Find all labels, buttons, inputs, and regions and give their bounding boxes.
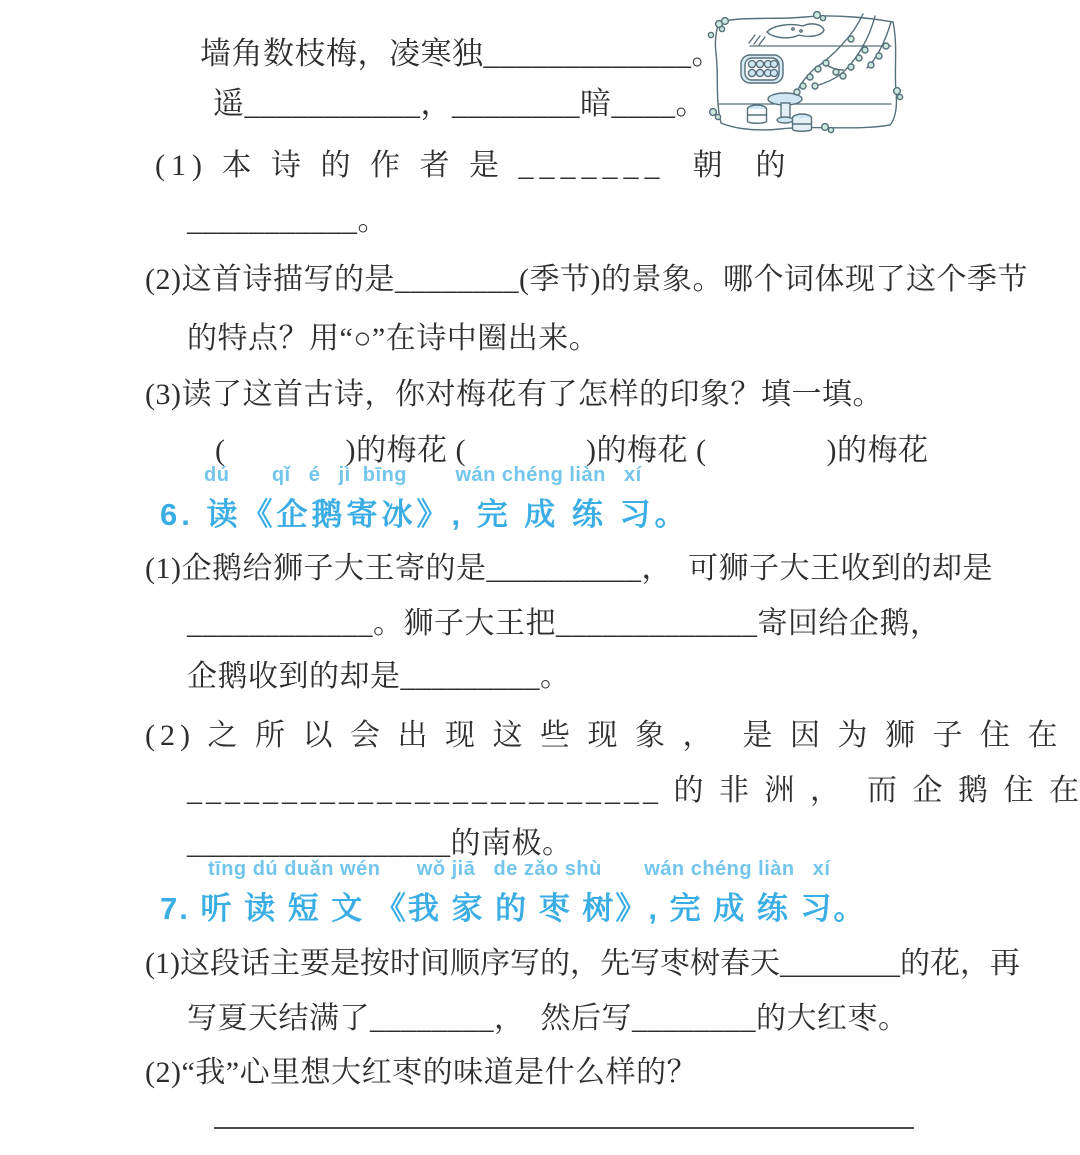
- poem-line-1: 墙角数枝梅，凌寒独_____________。: [200, 28, 723, 73]
- poem-question-3-line-1: (3)读了这首古诗，你对梅花有了怎样的印象？填一填。: [145, 369, 883, 413]
- section6-q2-line-3: _________________的南极。: [187, 818, 573, 862]
- section7-q1-line-2: 写夏天结满了________， 然后写________的大红枣。: [187, 993, 909, 1037]
- section7-q2-line-1: (2)“我”心里想大红枣的味道是什么样的？: [145, 1047, 697, 1091]
- section6-heading: 6. 读《企鹅寄冰》, 完 成 练 习。: [160, 489, 690, 534]
- section6-pinyin: dú qǐ é jì bīng wán chéng liàn xí: [204, 464, 642, 487]
- section7-pinyin: tīng dú duǎn wén wǒ jiā de zǎo shù wán c…: [208, 858, 830, 881]
- section7-q1-line-1: (1)这段话主要是按时间顺序写的，先写枣树春天________的花，再: [145, 938, 1020, 982]
- plum-garden-illustration: [705, 8, 910, 138]
- worksheet-page: 墙角数枝梅，凌寒独_____________。 遥___________，___…: [0, 0, 1080, 1155]
- poem-question-1-line-1: (1) 本 诗 的 作 者 是 _______ 朝 的: [155, 140, 791, 184]
- section6-q2-line-2: _________________________ 的 非 洲 ， 而 企 鹅 …: [187, 765, 1080, 809]
- section6-q1-line-2: ____________。狮子大王把_____________寄回给企鹅，: [187, 598, 941, 642]
- poem-question-1-line-2: ___________。: [187, 195, 388, 239]
- poem-question-2-line-2: 的特点？用“○”在诗中圈出来。: [187, 313, 599, 357]
- section6-q1-line-3: 企鹅收到的却是_________。: [187, 651, 571, 695]
- answer-blank-line: [214, 1127, 914, 1129]
- section6-q2-line-1: (2) 之 所 以 会 出 现 这 些 现 象 ， 是 因 为 狮 子 住 在: [145, 710, 1062, 754]
- poem-question-2-line-1: (2)这首诗描写的是________(季节)的景象。哪个词体现了这个季节: [145, 254, 1028, 298]
- poem-line-2: 遥___________，________暗____。: [213, 78, 707, 123]
- poem-question-3-line-2: ( )的梅花 ( )的梅花 ( )的梅花: [215, 425, 928, 469]
- section6-q1-line-1: (1)企鹅给狮子大王寄的是__________， 可狮子大王收到的却是: [145, 543, 993, 587]
- section7-heading: 7. 听 读 短 文 《我 家 的 枣 树》, 完 成 练 习。: [160, 883, 866, 928]
